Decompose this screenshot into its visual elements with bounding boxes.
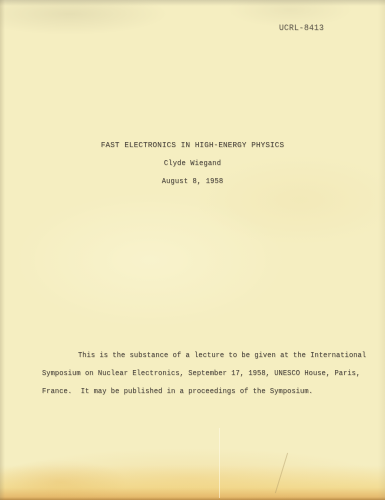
abstract-line-3: France. It may be published in a proceed… bbox=[42, 383, 357, 401]
scanned-document-page: UCRL-8413 FAST ELECTRONICS IN HIGH-ENERG… bbox=[0, 0, 385, 500]
report-number: UCRL-8413 bbox=[279, 24, 324, 33]
abstract-paragraph: This is the substance of a lecture to be… bbox=[42, 347, 357, 402]
document-date: August 8, 1958 bbox=[0, 173, 385, 191]
document-author: Clyde Wiegand bbox=[0, 155, 385, 173]
title-block: FAST ELECTRONICS IN HIGH-ENERGY PHYSICS … bbox=[0, 137, 385, 191]
scan-scratch bbox=[219, 428, 220, 498]
document-title: FAST ELECTRONICS IN HIGH-ENERGY PHYSICS bbox=[0, 137, 385, 155]
paper-crease bbox=[275, 453, 288, 493]
abstract-line-1: This is the substance of a lecture to be… bbox=[42, 347, 357, 365]
abstract-line-2: Symposium on Nuclear Electronics, Septem… bbox=[42, 365, 357, 383]
